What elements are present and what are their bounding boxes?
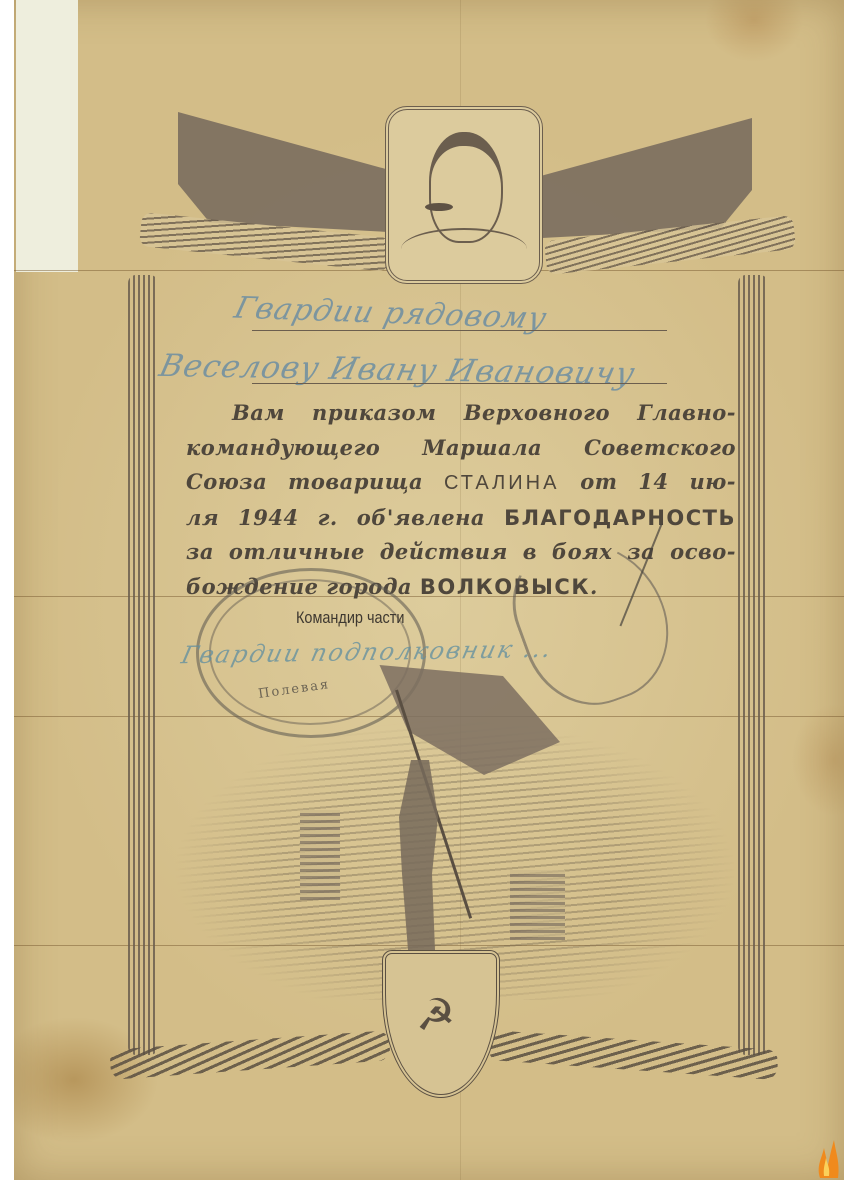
portrait-shoulders (401, 228, 527, 270)
ruined-building-icon (300, 810, 340, 900)
recipient-underline (252, 330, 667, 331)
paper-repair-patch (16, 0, 78, 272)
portrait-icon (429, 132, 503, 243)
citation-line: Союза товарища СТАЛИНА от 14 ию- (186, 465, 736, 501)
citation-line: ля 1944 г. об'явлена БЛАГОДАРНОСТЬ (186, 501, 736, 536)
portrait-frame (385, 106, 543, 284)
portrait-mustache (425, 203, 453, 211)
commander-label: Командир части (296, 608, 404, 628)
recipient-underline (252, 383, 667, 384)
frame-column-right (738, 275, 768, 1055)
name-stalin: СТАЛИНА (444, 472, 559, 494)
citation-line: Вам приказом Верховного Главно- (186, 396, 736, 431)
hammer-sickle-icon: ☭ (416, 994, 455, 1038)
citation-line: командующего Маршала Советского (186, 431, 736, 466)
ruined-building-icon (510, 870, 565, 940)
gratitude-heading: БЛАГОДАРНОСТЬ (504, 506, 736, 530)
frame-column-left (128, 275, 158, 1055)
flame-icon (814, 1130, 844, 1180)
